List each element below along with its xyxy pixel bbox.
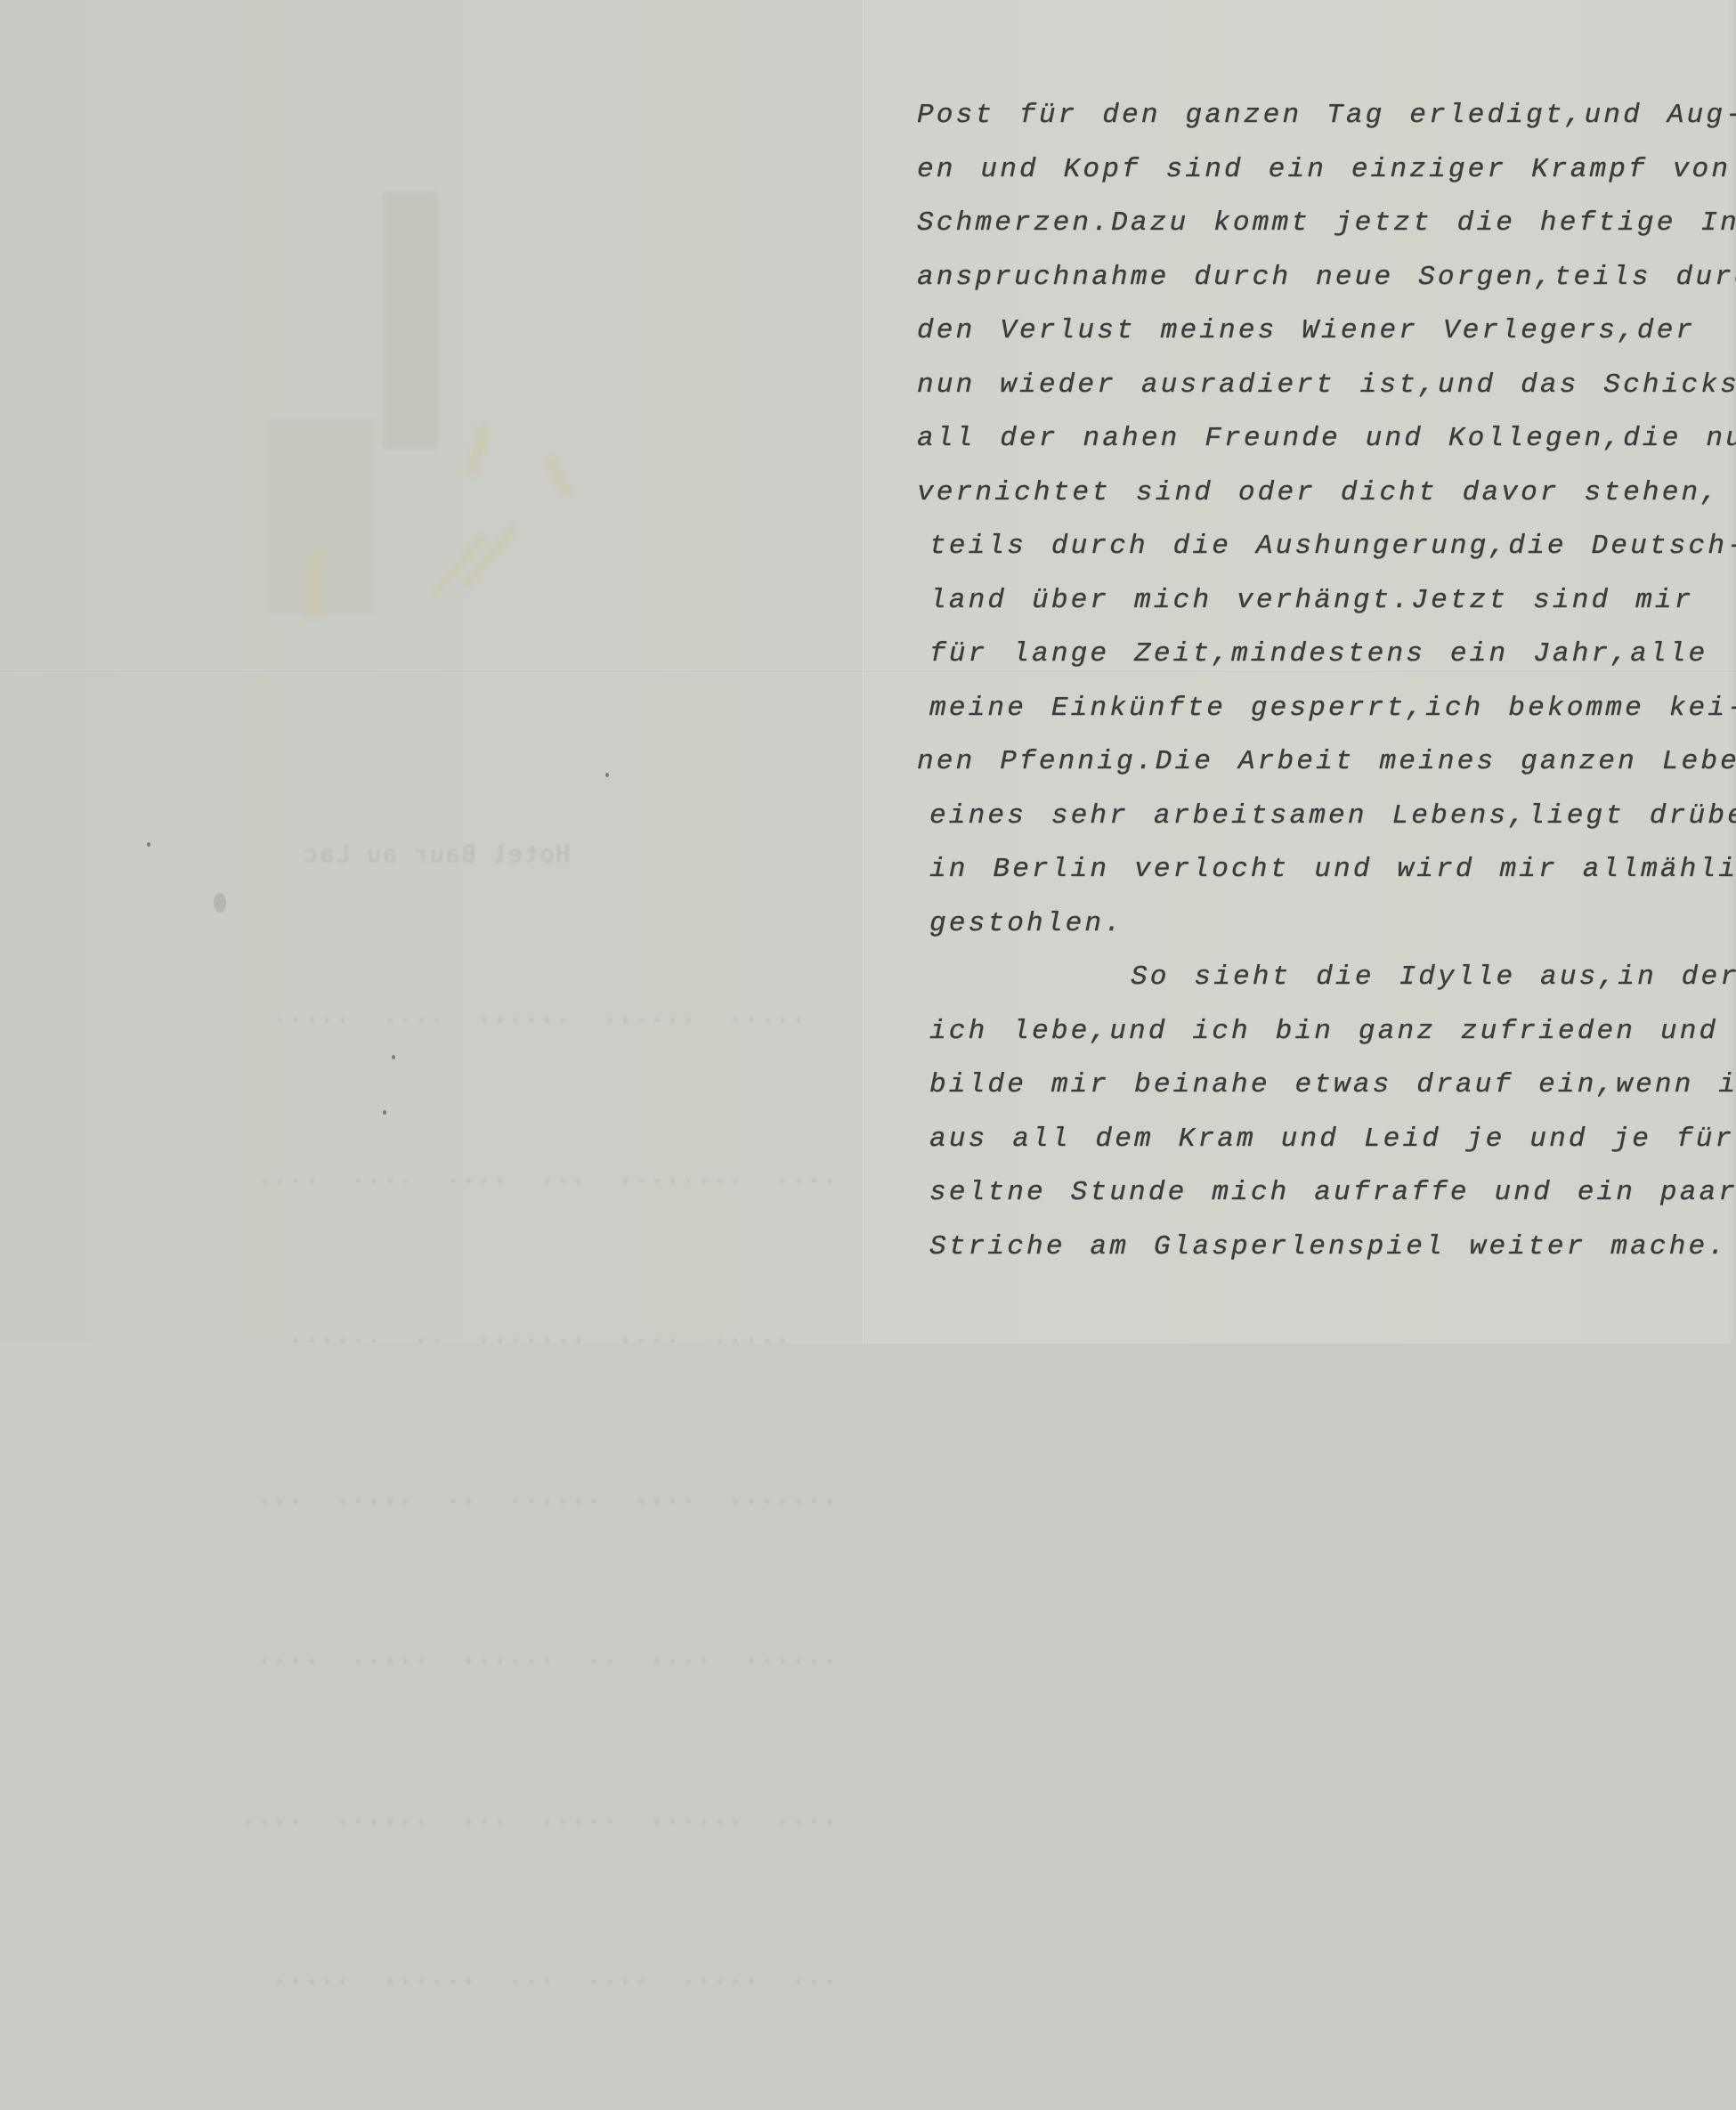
letter-sheet: Hotel Baur au Lac ..... ...... ...... ..… — [0, 0, 1736, 1343]
letter-line: meine Einkünfte gesperrt,ich bekomme kei… — [917, 682, 1718, 736]
letter-line: vernichtet sind oder dicht davor stehen, — [917, 467, 1718, 521]
bleed-through-line: ..... ...... ...... .... ..... — [107, 988, 837, 1042]
letter-line: ich lebe,und ich bin ganz zufrieden und — [917, 1005, 1718, 1059]
letter-line: anspruchnahme durch neue Sorgen,teils du… — [917, 251, 1718, 305]
letter-line: den Verlust meines Wiener Verlegers,der — [917, 304, 1718, 359]
letter-line: teils durch die Aushungerung,die Deutsch… — [917, 520, 1718, 574]
letter-line: aus all dem Kram und Leid je und je für … — [917, 1113, 1718, 1167]
letter-line: en und Kopf sind ein einziger Krampf von — [917, 143, 1718, 198]
letter-line: bilde mir beinahe etwas drauf ein,wenn i… — [917, 1059, 1718, 1113]
paragraph-start-line: So sieht die Idylle aus,in der — [917, 951, 1718, 1005]
paper-stain — [307, 548, 323, 619]
ink-speck — [605, 773, 609, 777]
ink-speck — [147, 842, 150, 847]
ink-speck — [383, 1110, 386, 1115]
letter-line: für lange Zeit,mindestens ein Jahr,alle — [917, 628, 1718, 682]
letter-line: seltne Stunde mich aufraffe und ein paar — [917, 1166, 1718, 1221]
ink-speck — [392, 1055, 395, 1059]
letter-line: Striche am Glasperlenspiel weiter mache. — [917, 1221, 1718, 1275]
paper-stain — [465, 422, 491, 477]
letter-line: land über mich verhängt.Jetzt sind mir — [917, 574, 1718, 629]
letter-line: nen Pfennig.Die Arbeit meines ganzen Leb… — [917, 735, 1718, 790]
letter-line: eines sehr arbeitsamen Lebens,liegt drüb… — [917, 790, 1718, 844]
letter-line: all der nahen Freunde und Kollegen,die n… — [917, 412, 1718, 467]
bleed-through-line: .... ........ ... .... .... .... — [107, 1148, 837, 1202]
bleed-through-text: Hotel Baur au Lac ..... ...... ...... ..… — [107, 721, 837, 1343]
typed-letter-body: Post für den ganzen Tag erledigt,und Aug… — [917, 89, 1718, 1274]
letter-line: Post für den ganzen Tag erledigt,und Aug… — [917, 89, 1718, 143]
letter-line: gestohlen. — [917, 897, 1718, 952]
letter-line: Schmerzen.Dazu kommt jetzt die heftige I… — [917, 197, 1718, 251]
bleed-through-line: ..... .... ....... .. ...... — [107, 1309, 837, 1343]
paper-stain — [543, 453, 573, 499]
ink-speck — [214, 893, 226, 913]
bleed-through-heading: Hotel Baur au Lac — [107, 828, 837, 881]
letter-line: in Berlin verlocht und wird mir allmähli… — [917, 843, 1718, 897]
letter-line: nun wieder ausradiert ist,und das Schick… — [917, 359, 1718, 413]
paper-stain — [383, 191, 438, 450]
